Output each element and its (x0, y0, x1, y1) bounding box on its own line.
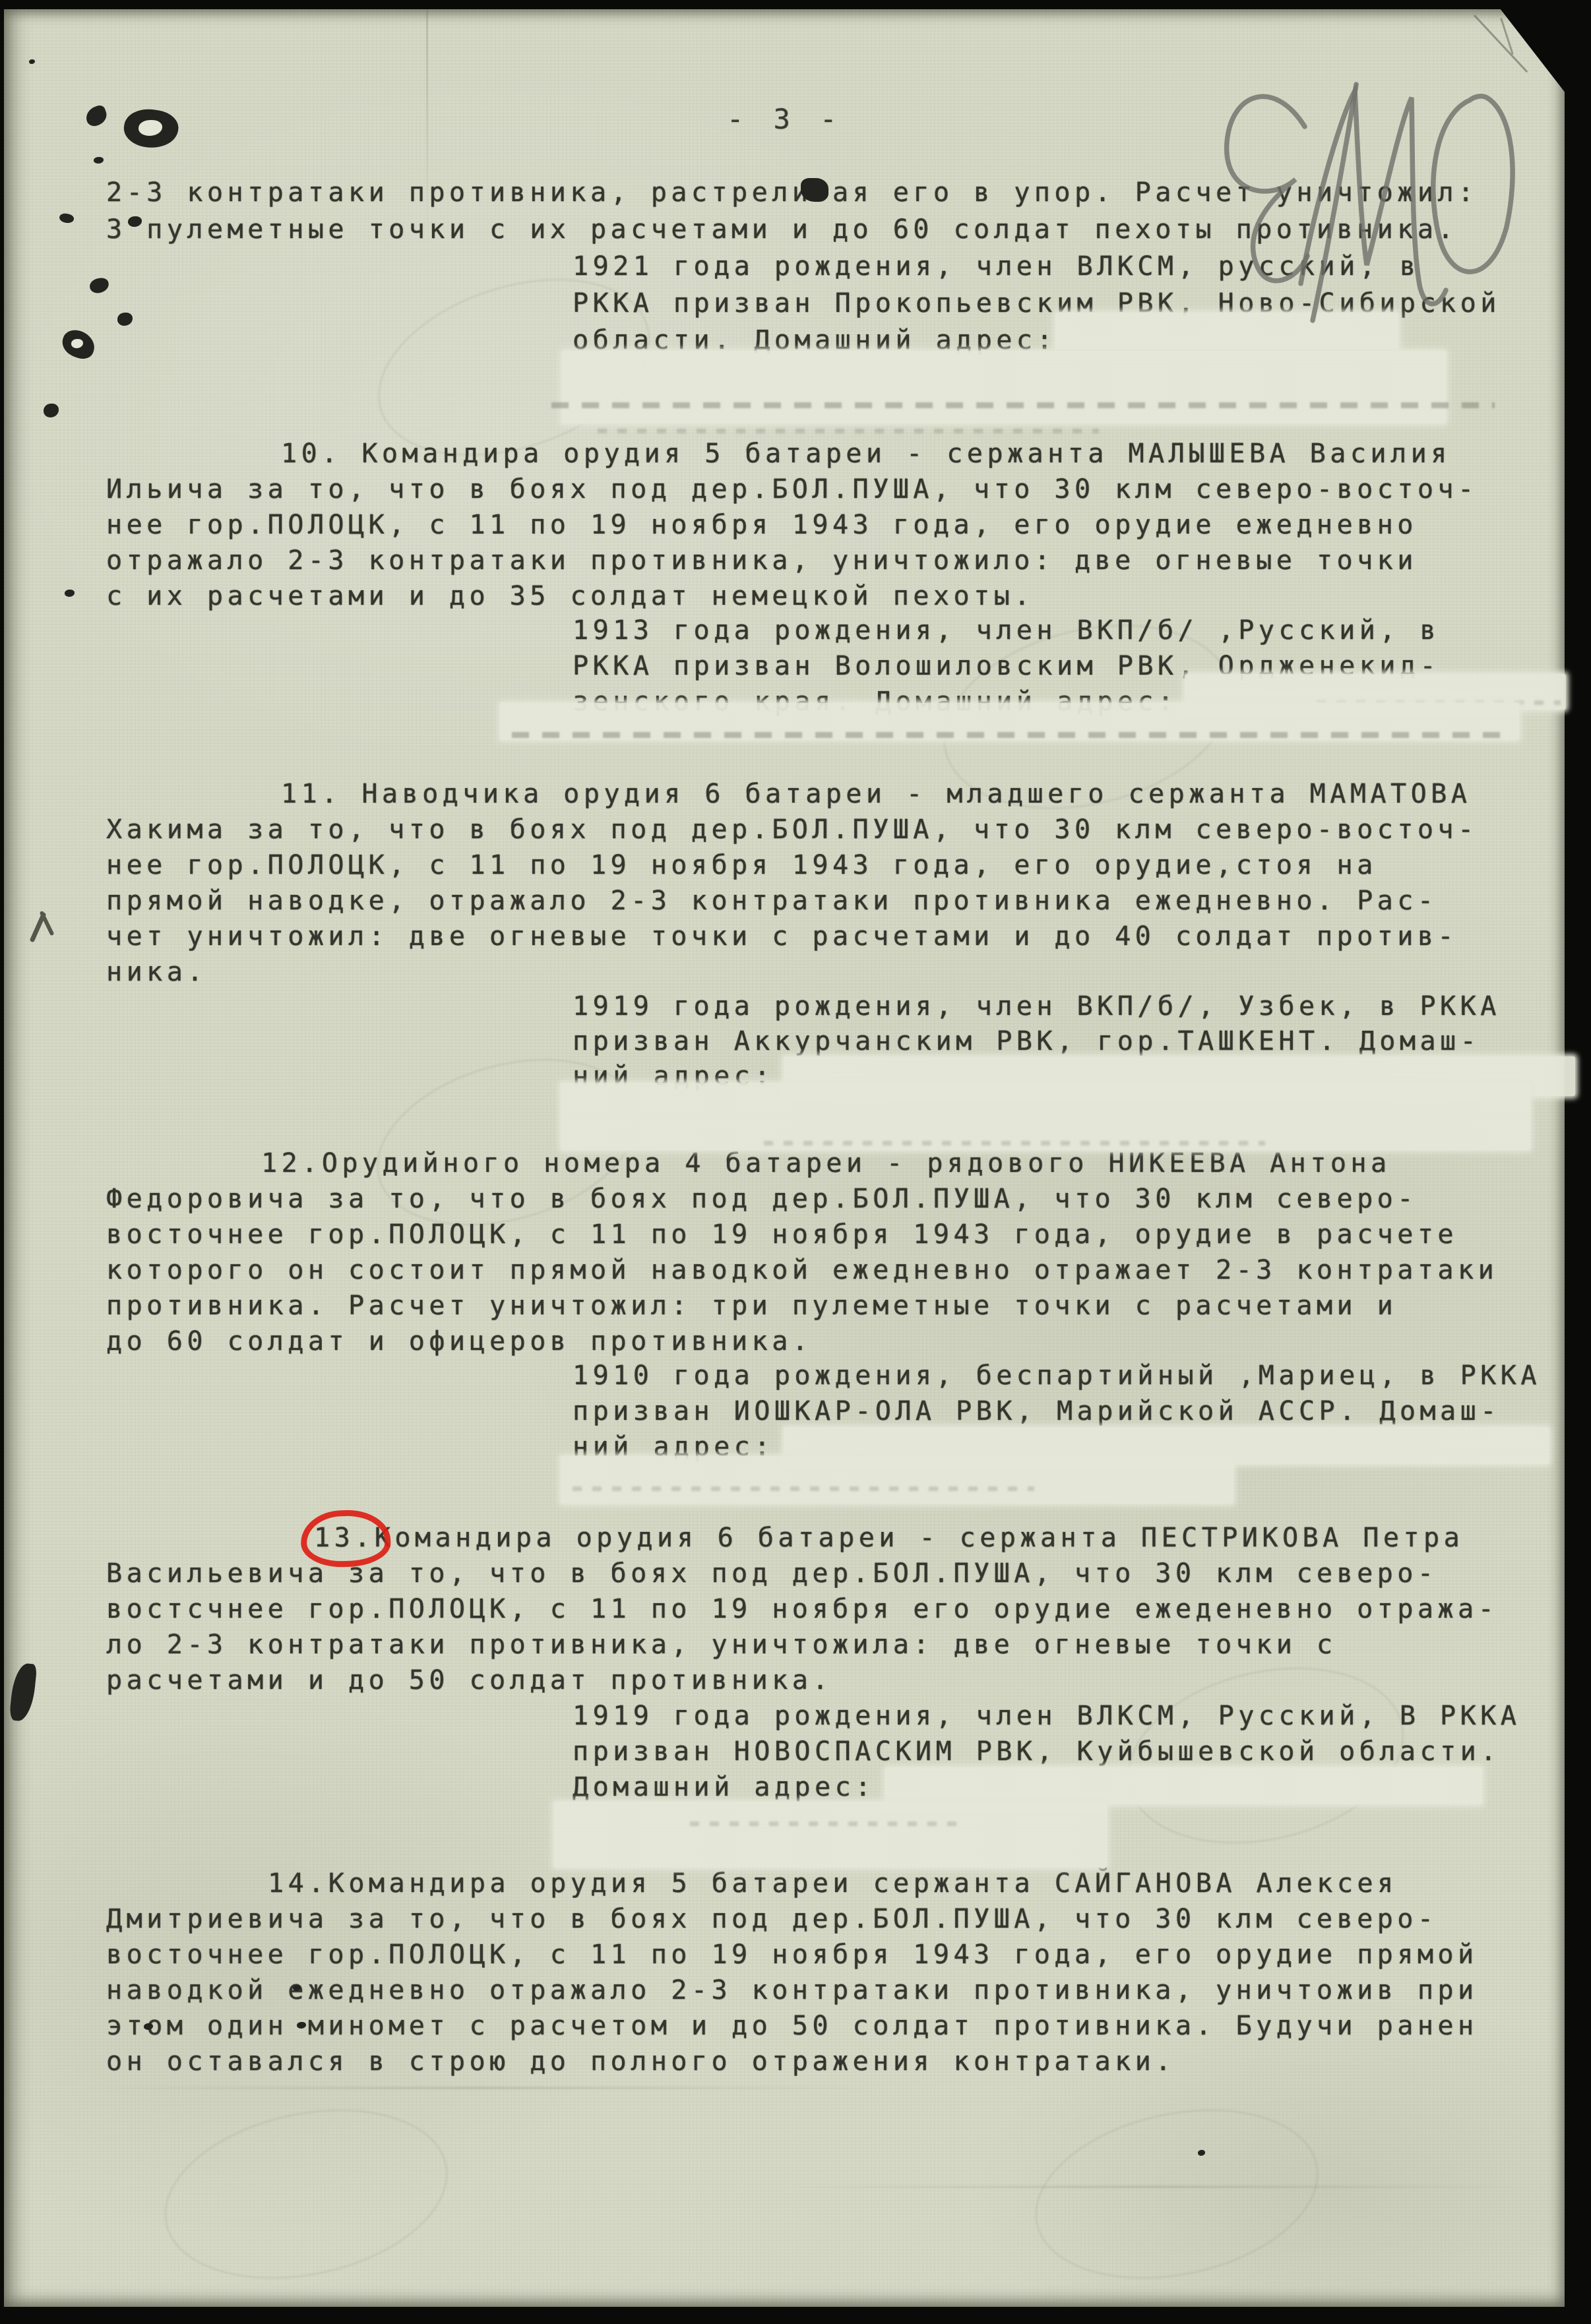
typed-line-item-14: 14.Командира орудия 5 батареи сержанта С… (268, 1869, 1398, 1898)
typed-line-item-14: восточнее гор.ПОЛОЦК, с 11 по 19 ноября … (106, 1940, 1478, 1969)
ink-spot (65, 590, 75, 597)
redaction-bar (554, 1802, 1107, 1868)
redaction-bar (1055, 313, 1398, 350)
typed-line-item-13: расчетами и до 50 солдат противника. (106, 1666, 832, 1695)
red-circle-annotation (300, 1509, 392, 1569)
typed-line-item-14: этом один миномет с расчетом и до 50 сол… (106, 2011, 1478, 2040)
typed-line-item-10: 1913 года рождения, член ВКП/б/ ,Русский… (573, 616, 1440, 645)
typed-line-item-13: ло 2-3 контратаки противника, уничтожила… (106, 1630, 1337, 1659)
ink-spot (94, 157, 104, 164)
typed-line-item-13: востсчнее гор.ПОЛОЦК, с 11 по 19 ноября … (106, 1595, 1498, 1624)
typed-line-item-13: 1919 года рождения, член ВЛКСМ, Русский,… (573, 1701, 1520, 1730)
typed-line-item-11: призван Аккурчанским РВК, гор.ТАШКЕНТ. Д… (573, 1027, 1480, 1056)
typed-line-item-12: до 60 солдат и офицеров противника. (106, 1327, 812, 1356)
redaction-bar (562, 351, 1446, 423)
erased-text-smudge (598, 429, 1099, 433)
typed-line-item-11: 1919 года рождения, член ВКП/б/, Узбек, … (573, 992, 1501, 1021)
typed-line-item-12: призван ИОШКАР-ОЛА РВК, Марийской АССР. … (573, 1397, 1501, 1426)
redaction-bar (885, 1767, 1482, 1804)
erased-text-smudge (512, 732, 1501, 738)
typed-line-item-10: отражало 2-3 контратаки противника, унич… (106, 546, 1418, 575)
typed-line-item-12: восточнее гор.ПОЛОЦК, с 11 по 19 ноября … (106, 1220, 1458, 1249)
erased-text-smudge (573, 1486, 1034, 1491)
typed-line-item-13: 13.Командира орудия 6 батареи - сержанта… (314, 1523, 1464, 1552)
watermark-ghost (148, 2085, 464, 2303)
typed-line-item-11: чет уничтожил: две огневые точки с расче… (106, 922, 1458, 951)
redaction-bar (561, 1456, 1233, 1504)
typed-line-item-12: Федоровича за то, что в боях под дер.БОЛ… (106, 1184, 1418, 1213)
typed-line-item-13: Домашний адрес: (573, 1773, 875, 1802)
typed-line-item-14: он оставался в строю до полного отражени… (106, 2047, 1175, 2076)
typed-line-item-13: призван НОВОСПАСКИМ РВК, Куйбышевской об… (573, 1737, 1501, 1766)
erased-text-smudge (690, 1821, 967, 1826)
page-number: - 3 - (727, 103, 843, 135)
ink-spot (801, 178, 828, 202)
scanned-page: - 3 - 2-3 контратаки противника, растрел… (0, 0, 1591, 2324)
typed-line-item-11: 11. Наводчика орудия 6 батареи - младшег… (281, 780, 1471, 809)
typed-line-item-9-continuation: 2-3 контратаки противника, растреливая е… (106, 178, 1478, 207)
typed-line-item-9-continuation: 1921 года рождения, член ВЛКСМ, русский,… (573, 252, 1419, 281)
watermark-ghost (1019, 2085, 1334, 2303)
typed-line-item-11: ника. (106, 958, 207, 987)
typed-line-item-10: с их расчетами и до 35 солдат немецкой п… (106, 582, 1034, 611)
ink-spot (117, 313, 133, 326)
typed-line-item-11: Хакима за то, что в боях под дер.БОЛ.ПУШ… (106, 815, 1478, 844)
folded-corner (1487, 8, 1566, 94)
document-paper: - 3 - 2-3 контратаки противника, растрел… (4, 9, 1565, 2307)
typed-line-item-14: наводкой ежедневно отражало 2-3 контрата… (106, 1976, 1478, 2005)
paper-crease (83, 2087, 875, 2089)
ink-spot (44, 404, 59, 417)
typed-line-item-10: Ильича за то, что в боях под дер.БОЛ.ПУШ… (106, 475, 1478, 504)
ink-spot (83, 104, 109, 128)
typed-line-item-10: нее гор.ПОЛОЦК, с 11 по 19 ноября 1943 г… (106, 510, 1418, 539)
typed-line-item-12: 1910 года рождения, беспартийный ,Мариец… (573, 1361, 1541, 1390)
typed-line-item-10: 10. Командира орудия 5 батареи - сержант… (281, 439, 1451, 468)
erased-text-smudge (764, 1141, 1265, 1146)
paper-crease (795, 2186, 1521, 2188)
typed-line-item-11: нее гор.ПОЛОЦК, с 11 по 19 ноября 1943 г… (106, 851, 1377, 880)
ink-spot (88, 277, 109, 295)
erased-text-smudge (551, 402, 1495, 408)
redaction-bar (561, 1083, 1530, 1150)
typed-line-item-14: Дмитриевича за то, что в боях под дер.БО… (106, 1905, 1437, 1934)
ink-spot (9, 1662, 37, 1722)
typed-line-item-12: которого он состоит прямой наводкой ежед… (106, 1256, 1498, 1285)
ink-spot (29, 59, 35, 64)
typed-line-item-11: прямой наводке, отражало 2-3 контратаки … (106, 886, 1437, 915)
typed-line-item-12: противника. Расчет уничтожил: три пулеме… (106, 1291, 1397, 1320)
typed-line-item-13: Васильевича за то, что в боях под дер.БО… (106, 1559, 1437, 1588)
typed-line-item-12: 12.Орудийного номера 4 батареи - рядовог… (261, 1149, 1391, 1178)
typed-line-item-9-continuation: 3 пулеметные точки с их расчетами и до 6… (106, 215, 1458, 244)
ink-spot (59, 212, 75, 225)
